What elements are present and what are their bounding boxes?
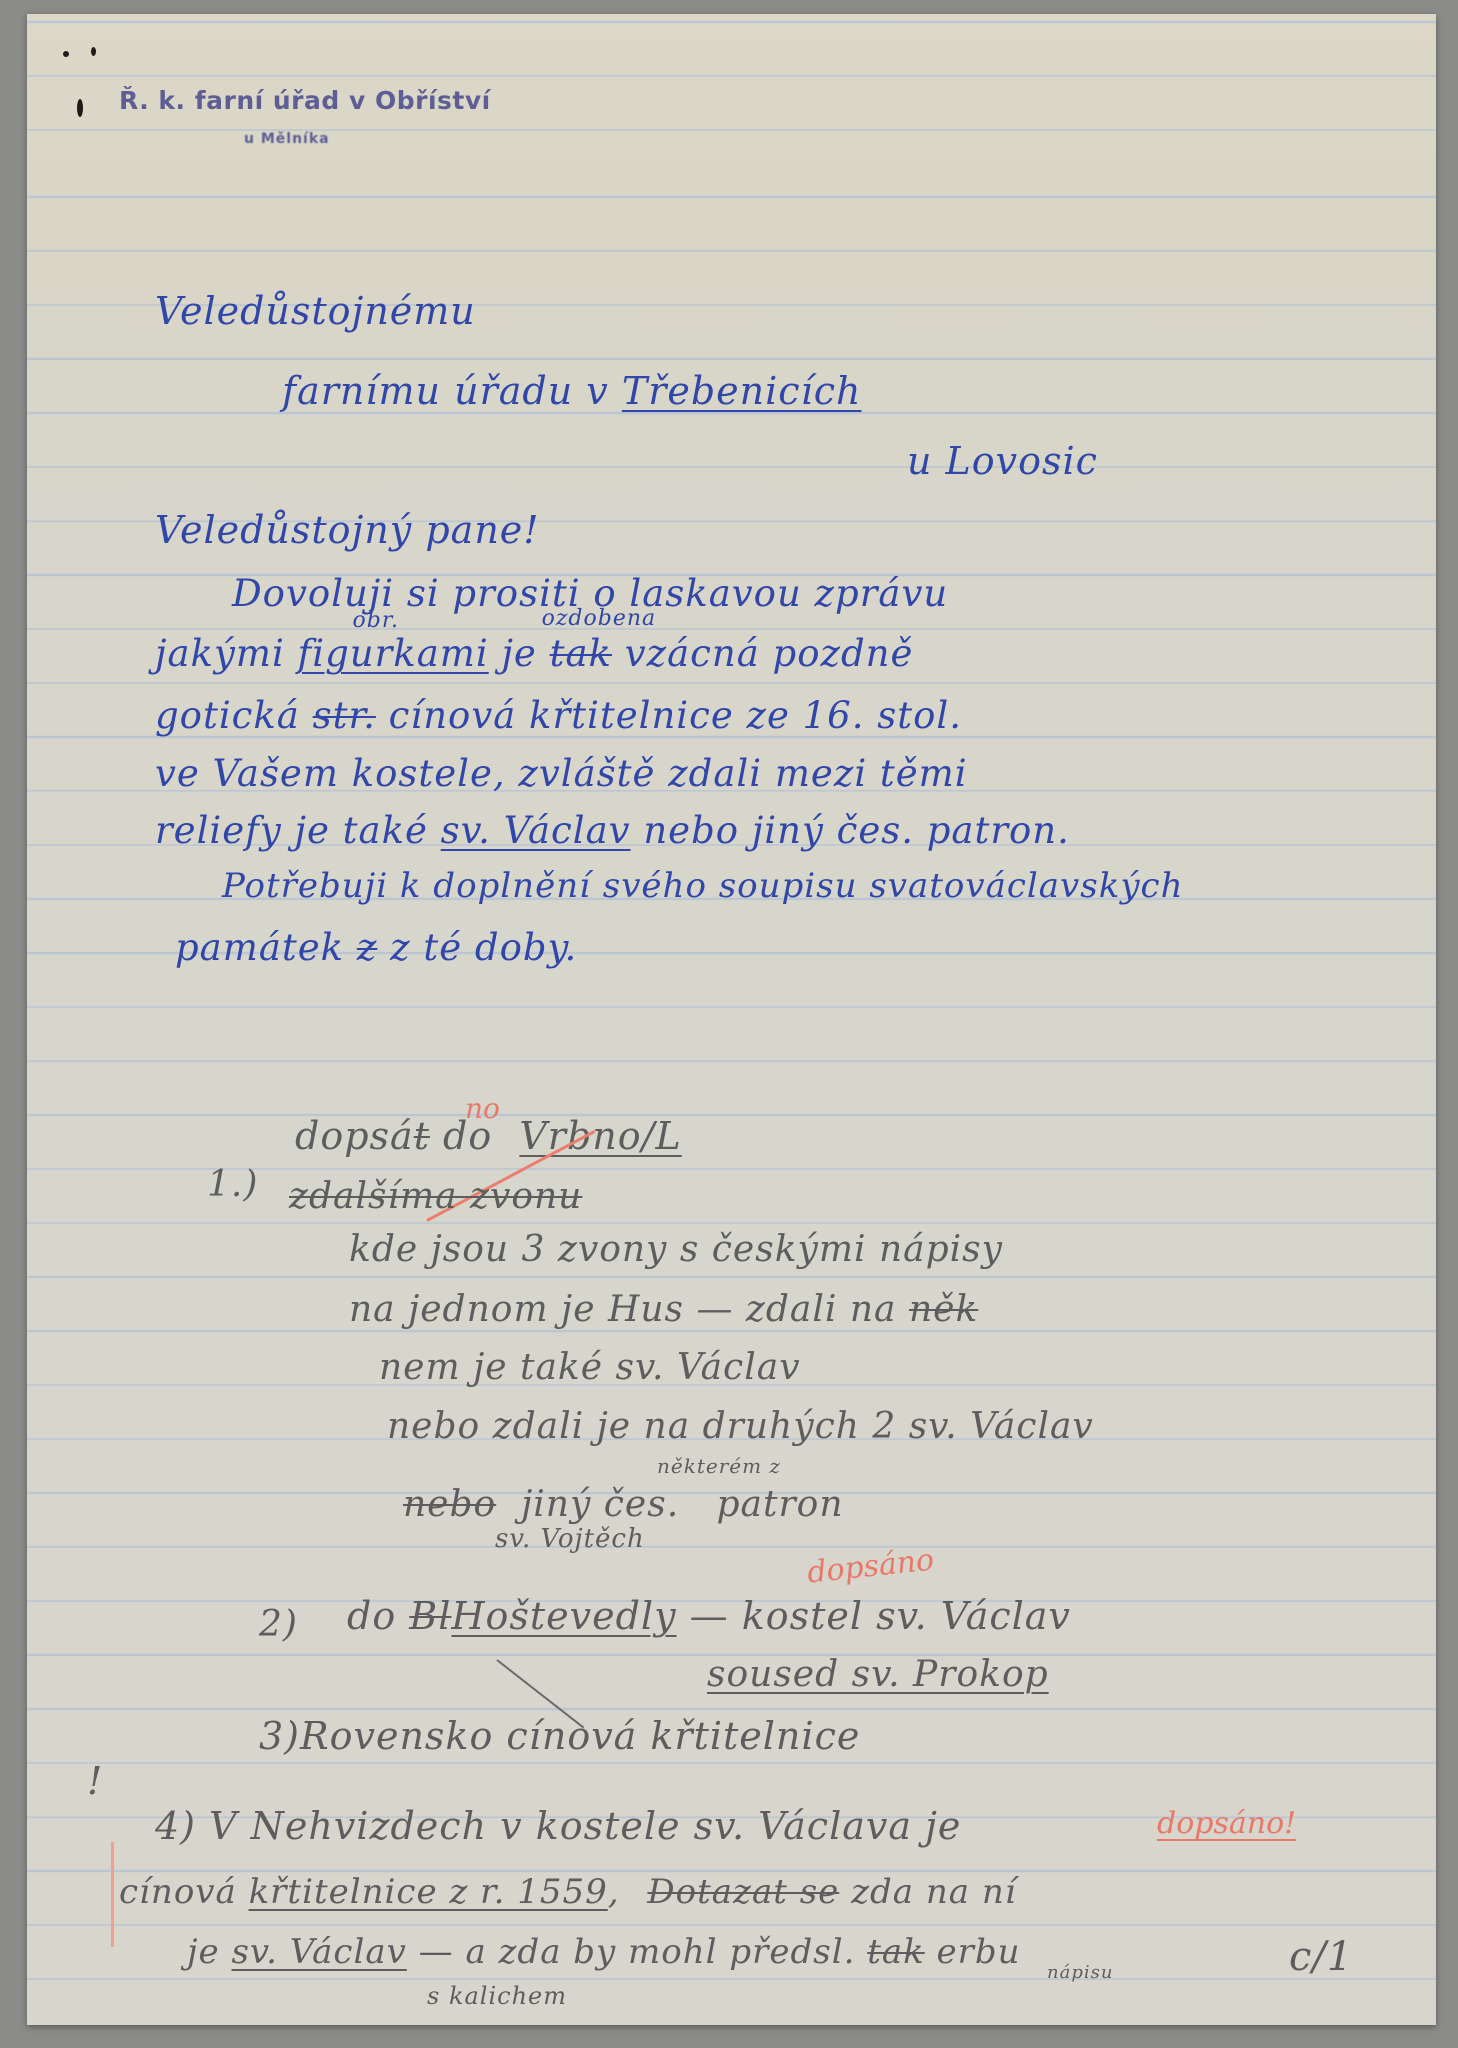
body-line-6: Potřebuji k doplnění svého soupisu svato… bbox=[222, 866, 1183, 906]
item2-number: 2) bbox=[259, 1604, 298, 1645]
body-line-5: reliefy je také sv. Václav nebo jiný čes… bbox=[155, 809, 1070, 852]
item3: 3)Rovensko cínová křtitelnice bbox=[259, 1714, 860, 1758]
insert-nekterem: některém z bbox=[657, 1454, 781, 1478]
body-line-2: jakými obr.figurkami je ozdobenatak vzác… bbox=[155, 632, 913, 675]
item1-line2-struck: zdalšíma zvonu bbox=[289, 1176, 582, 1217]
place-line2: u Lovosic bbox=[907, 439, 1098, 483]
insert-ozdobena: ozdobena bbox=[542, 606, 657, 631]
item1-detail-1: kde jsou 3 zvony s českými nápisy bbox=[349, 1229, 1003, 1270]
page-mark: c/1 bbox=[1289, 1934, 1353, 1980]
body-line-4: ve Vašem kostele, zvláště zdali mezi těm… bbox=[155, 752, 968, 795]
item4-line2: cínová křtitelnice z r. 1559, Dotazat se… bbox=[119, 1872, 1017, 1912]
insert-napisu: nápisu bbox=[1047, 1962, 1113, 1983]
insert-s-kalichem: s kalichem bbox=[427, 1982, 567, 2010]
salutation-line1: Veledůstojnému bbox=[155, 289, 476, 333]
body-line-3: gotická str. cínová křtitelnice ze 16. s… bbox=[155, 694, 962, 737]
greeting: Veledůstojný pane! bbox=[155, 508, 540, 552]
insert-obr: obr. bbox=[353, 608, 399, 633]
item1-number: 1.) bbox=[207, 1164, 258, 1205]
paper-speck bbox=[77, 99, 83, 117]
paper-speck bbox=[63, 51, 69, 57]
insert-vojtech: sv. Vojtěch bbox=[495, 1524, 645, 1554]
item2-place: Hoštevedly bbox=[451, 1594, 676, 1638]
item1-place: Vrbno/L bbox=[519, 1114, 681, 1158]
red-margin-bracket bbox=[111, 1842, 114, 1947]
red-insert-no: no bbox=[465, 1092, 500, 1125]
item1-detail-5: nebo nebo jiný čes. patron jiný čes. pat… bbox=[403, 1484, 844, 1525]
item2-line2: soused sv. Prokop bbox=[707, 1654, 1049, 1695]
item1-detail-2: na jednom je Hus — zdali na něk bbox=[349, 1289, 978, 1330]
parish-stamp-line2: u Mělníka bbox=[244, 131, 330, 147]
red-annotation-dopsano-2: dopsáno! bbox=[1157, 1806, 1296, 1841]
item4-line3: je sv. Václav — a zda by mohl předsl. ta… bbox=[187, 1932, 1021, 1972]
item4-line1: 4) V Nehvizdech v kostele sv. Václava je bbox=[155, 1804, 961, 1848]
item1-detail-4: nebo zdali je na druhých 2 sv. Václav bbox=[387, 1406, 1094, 1447]
item1-detail-3: nem je také sv. Václav bbox=[379, 1347, 801, 1388]
item2-line1: do BlHoštevedly — kostel sv. Václav bbox=[347, 1594, 1071, 1638]
salutation-line2: farnímu úřadu v Třebenicích bbox=[282, 369, 861, 413]
paper-sheet: Ř. k. farní úřad v Obříství u Mělníka Ve… bbox=[27, 14, 1436, 2025]
body-line-7: památek z z té doby. bbox=[175, 926, 577, 969]
paper-speck bbox=[91, 47, 96, 56]
parish-stamp-line1: Ř. k. farní úřad v Obříství bbox=[119, 86, 491, 115]
margin-exclamation: ! bbox=[87, 1759, 103, 1803]
place-name: Třebenicích bbox=[622, 369, 862, 413]
